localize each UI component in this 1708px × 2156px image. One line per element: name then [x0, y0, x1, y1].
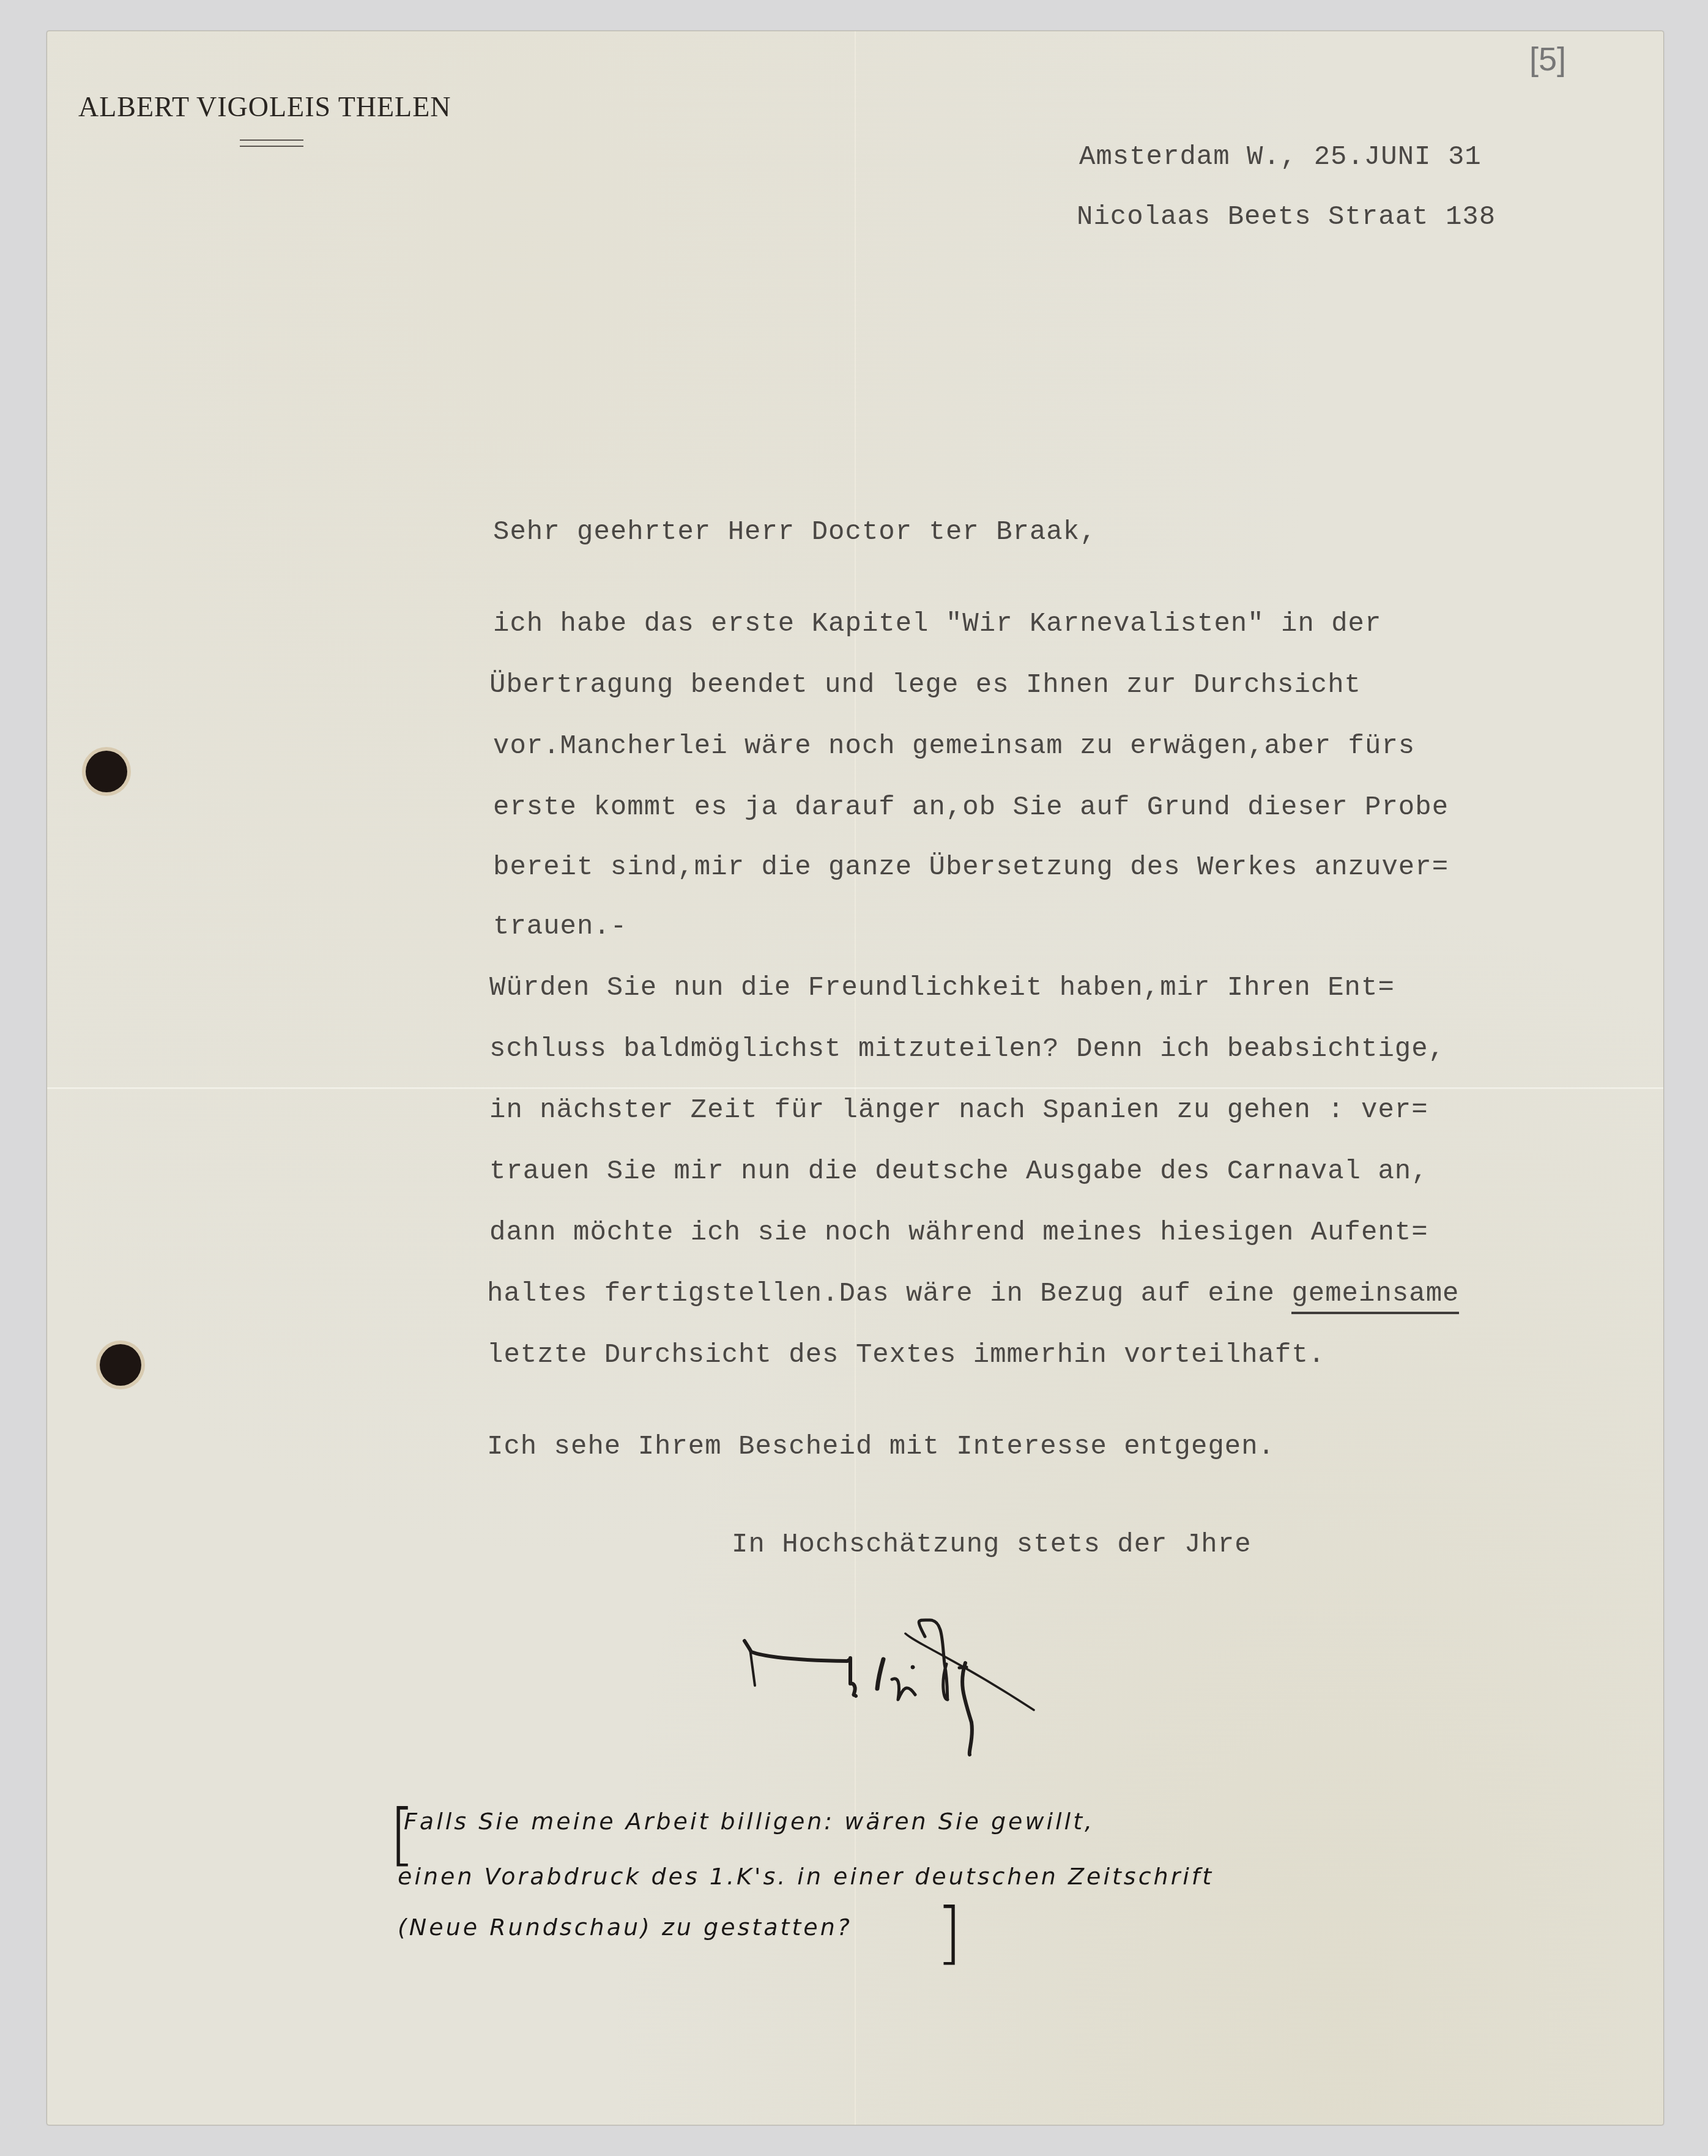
body-line: erste kommt es ja darauf an,ob Sie auf G…: [493, 792, 1449, 823]
place-date: Amsterdam W., 25.JUNI 31: [1079, 142, 1482, 173]
body-line: bereit sind,mir die ganze Übersetzung de…: [493, 852, 1449, 883]
signature-icon: [734, 1591, 1591, 1786]
body-line: in nächster Zeit für länger nach Spanien…: [489, 1095, 1428, 1126]
body-line: trauen.-: [493, 912, 627, 942]
punch-hole-lower: [100, 1344, 141, 1386]
postscript-line: einen Vorabdruck des 1.K's. in einer deu…: [398, 1863, 1214, 1890]
body-line: vor.Mancherlei wäre noch gemeinsam zu er…: [493, 731, 1415, 762]
underlined-word: gemeinsame: [1291, 1279, 1459, 1314]
body-line-text: haltes fertigstellen.Das wäre in Bezug a…: [487, 1279, 1291, 1309]
body-line: letzte Durchsicht des Textes immerhin vo…: [487, 1340, 1325, 1370]
archive-page-number: [5]: [1529, 40, 1566, 78]
body-line: schluss baldmöglichst mitzuteilen? Denn …: [489, 1034, 1445, 1065]
letterhead-name: ALBERT VIGOLEIS THELEN: [78, 91, 451, 123]
closing-line: Ich sehe Ihrem Bescheid mit Interesse en…: [487, 1432, 1275, 1462]
letterhead-double-rule: [240, 139, 303, 147]
sender-address: Nicolaas Beets Straat 138: [1077, 202, 1496, 232]
postscript-line: Falls Sie meine Arbeit billigen: wären S…: [404, 1808, 1094, 1835]
body-line: dann möchte ich sie noch während meines …: [489, 1217, 1428, 1248]
body-line: Übertragung beendet und lege es Ihnen zu…: [489, 670, 1361, 701]
body-line: haltes fertigstellen.Das wäre in Bezug a…: [487, 1279, 1459, 1309]
body-line: ich habe das erste Kapitel "Wir Karneval…: [493, 609, 1381, 639]
salutation: Sehr geehrter Herr Doctor ter Braak,: [493, 517, 1097, 548]
postscript-line: (Neue Rundschau) zu gestatten?: [398, 1914, 852, 1941]
body-line: trauen Sie mir nun die deutsche Ausgabe …: [489, 1156, 1428, 1187]
postscript-close-bracket: ]: [936, 1894, 962, 1972]
horizontal-fold-crease: [47, 1087, 1663, 1089]
body-line: Würden Sie nun die Freundlichkeit haben,…: [489, 973, 1395, 1003]
punch-hole-upper: [86, 751, 127, 792]
valediction: In Hochschätzung stets der Jhre: [732, 1530, 1252, 1560]
